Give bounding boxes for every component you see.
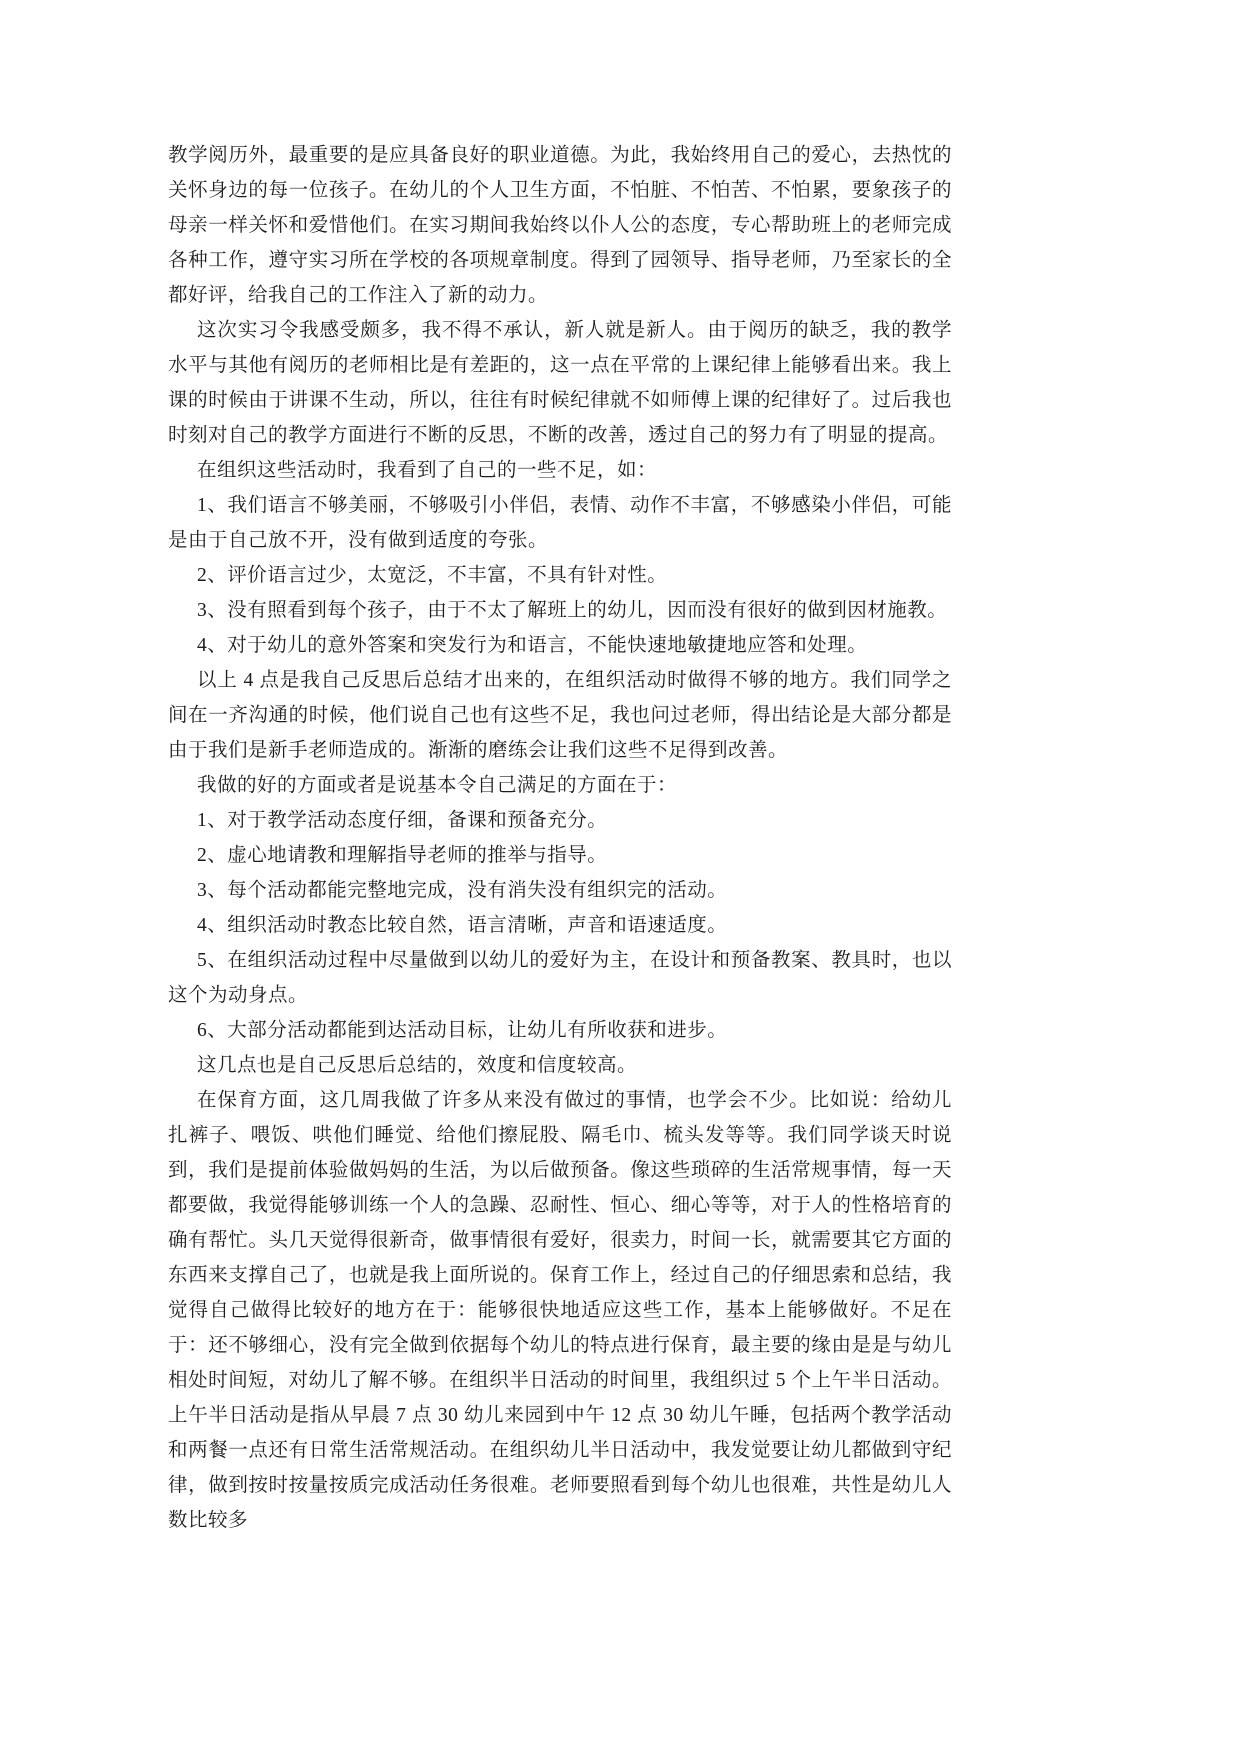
paragraph: 在保育方面，这几周我做了许多从来没有做过的事情，也学会不少。比如说：给幼儿扎裤子… [168, 1083, 952, 1538]
paragraph: 1、对于教学活动态度仔细，备课和预备充分。 [168, 803, 952, 838]
paragraph: 我做的好的方面或者是说基本令自己满足的方面在于： [168, 768, 952, 803]
paragraph: 6、大部分活动都能到达活动目标，让幼儿有所收获和进步。 [168, 1013, 952, 1048]
paragraph: 4、组织活动时教态比较自然，语言清晰，声音和语速适度。 [168, 908, 952, 943]
paragraph: 这几点也是自己反思后总结的，效度和信度较高。 [168, 1048, 952, 1083]
paragraph: 教学阅历外，最重要的是应具备良好的职业道德。为此，我始终用自己的爱心，去热忱的关… [168, 138, 952, 313]
paragraph: 1、我们语言不够美丽，不够吸引小伴侣，表情、动作不丰富，不够感染小伴侣，可能是由… [168, 488, 952, 558]
paragraph: 3、没有照看到每个孩子，由于不太了解班上的幼儿，因而没有很好的做到因材施教。 [168, 593, 952, 628]
paragraph: 4、对于幼儿的意外答案和突发行为和语言，不能快速地敏捷地应答和处理。 [168, 628, 952, 663]
paragraph: 3、每个活动都能完整地完成，没有消失没有组织完的活动。 [168, 873, 952, 908]
paragraph: 2、虚心地请教和理解指导老师的推举与指导。 [168, 838, 952, 873]
document-text-block: 教学阅历外，最重要的是应具备良好的职业道德。为此，我始终用自己的爱心，去热忱的关… [168, 138, 952, 1538]
paragraph: 在组织这些活动时，我看到了自己的一些不足，如： [168, 453, 952, 488]
paragraph: 以上 4 点是我自己反思后总结才出来的，在组织活动时做得不够的地方。我们同学之间… [168, 663, 952, 768]
paragraph: 2、评价语言过少，太宽泛，不丰富，不具有针对性。 [168, 558, 952, 593]
paragraph: 这次实习令我感受颇多，我不得不承认，新人就是新人。由于阅历的缺乏，我的教学水平与… [168, 313, 952, 453]
document-page: 教学阅历外，最重要的是应具备良好的职业道德。为此，我始终用自己的爱心，去热忱的关… [0, 0, 1240, 1753]
paragraph: 5、在组织活动过程中尽量做到以幼儿的爱好为主，在设计和预备教案、教具时，也以这个… [168, 943, 952, 1013]
